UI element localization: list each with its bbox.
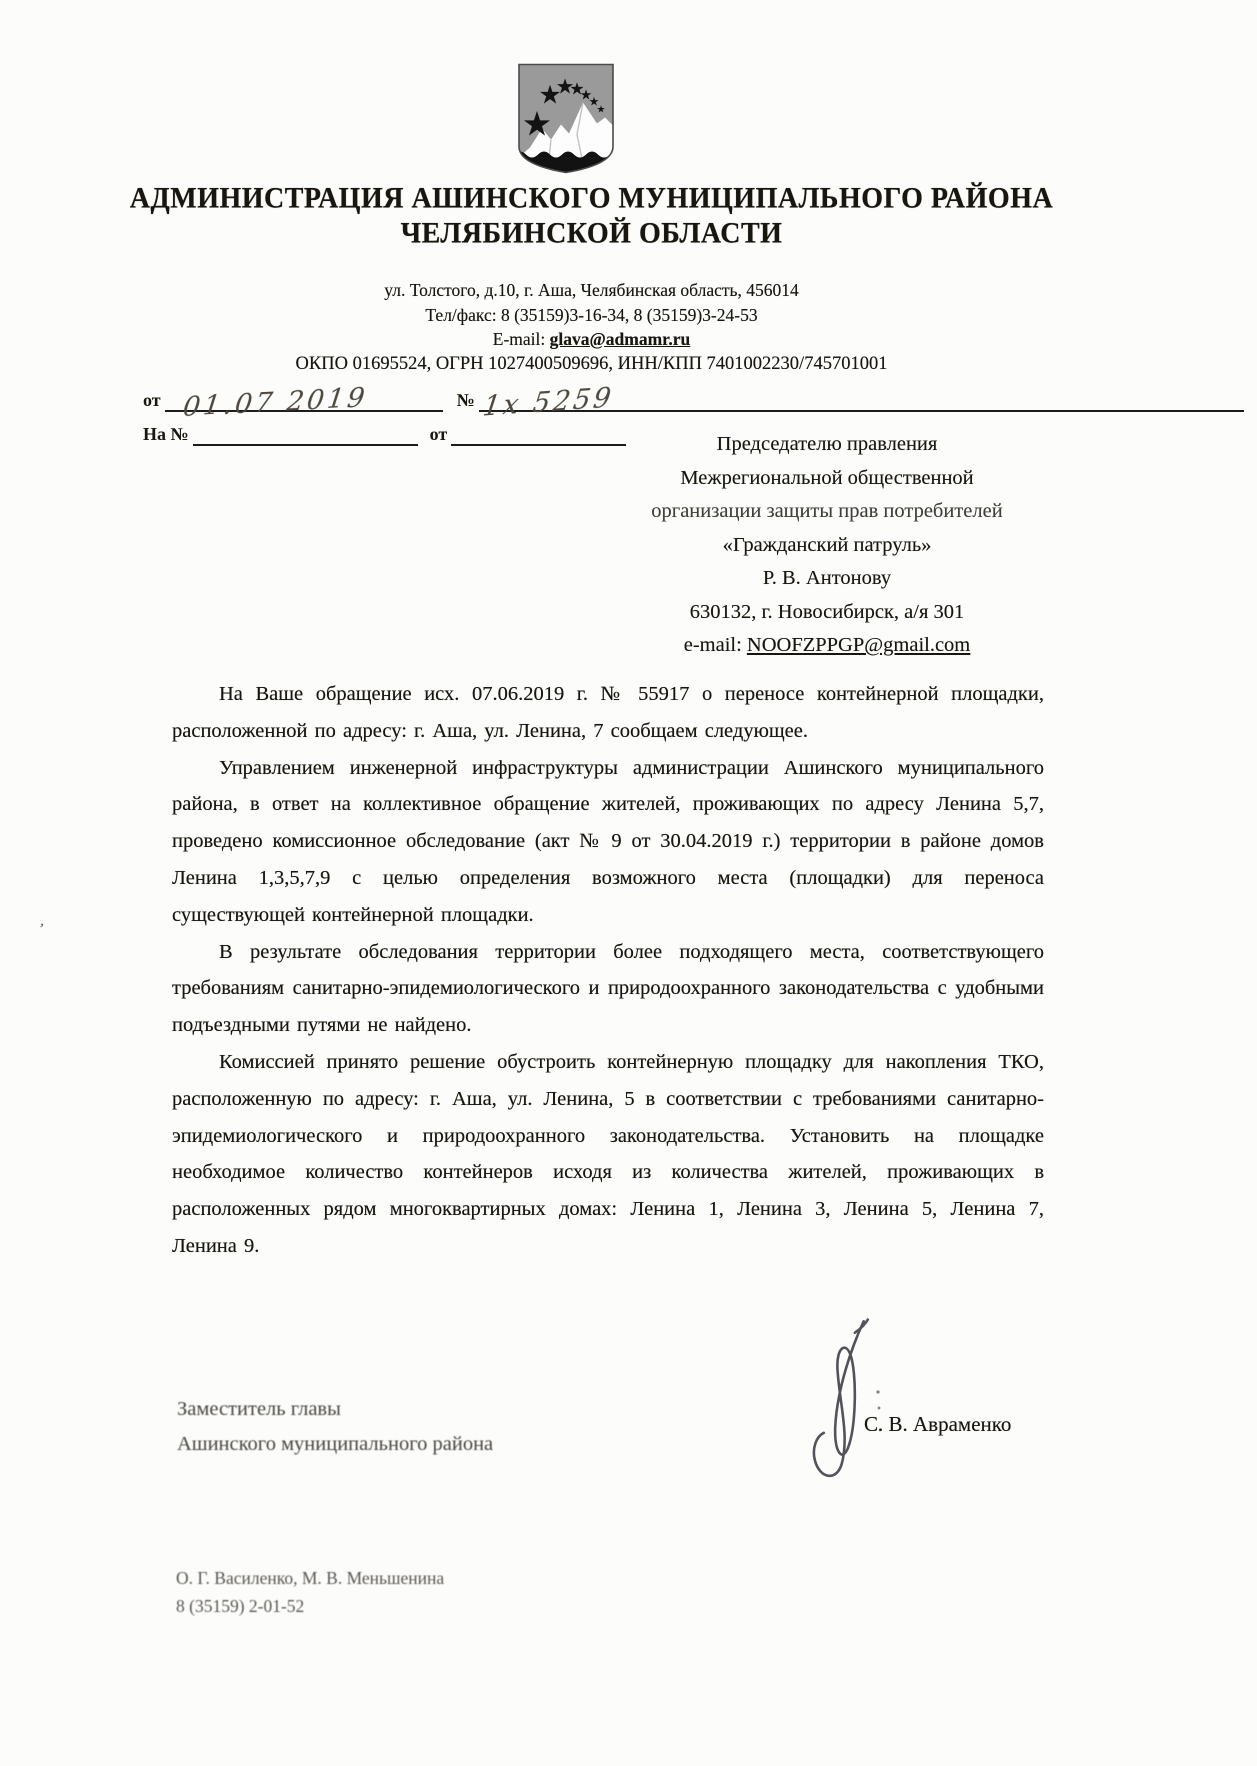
letterhead-contact-block: ул. Толстого, д.10, г. Аша, Челябинская … — [0, 278, 1183, 376]
signature-icon — [792, 1312, 892, 1492]
reference-rule-extension — [639, 381, 1244, 412]
addressee-email: NOOFZPPGP@gmail.com — [747, 634, 970, 656]
from-label: от — [143, 390, 165, 412]
signer-position-line2: Ашинского муниципального района — [177, 1427, 493, 1462]
incoming-date-field — [451, 415, 626, 446]
coat-of-arms: ★ ★ ★ ★ ★ ★ ★ — [516, 62, 616, 175]
addressee-block: Председателю правления Межрегиональной о… — [609, 428, 1045, 663]
addressee-email-label: e-mail: — [684, 634, 747, 656]
letterhead-address: ул. Толстого, д.10, г. Аша, Челябинская … — [0, 278, 1183, 303]
svg-text:★: ★ — [597, 105, 606, 116]
body-paragraph-4: Комиссией принято решение обустроить кон… — [172, 1044, 1044, 1265]
letterhead-email-line: E-mail: glava@admamr.ru — [0, 327, 1183, 352]
scan-artifact-speck: ’ — [36, 921, 46, 940]
signer-name: С. В. Авраменко — [864, 1412, 1054, 1437]
body-paragraph-1: На Ваше обращение исх. 07.06.2019 г. № 5… — [172, 676, 1044, 750]
incoming-number-field — [193, 415, 418, 446]
letterhead-phone: Тел/факс: 8 (35159)3-16-34, 8 (35159)3-2… — [0, 303, 1183, 328]
outgoing-date-field: 01.07 2019 — [165, 381, 443, 412]
letterhead-registration: ОКПО 01695524, ОГРН 1027400509696, ИНН/К… — [0, 352, 1183, 377]
executor-block: О. Г. Василенко, М. В. Меньшенина 8 (351… — [176, 1564, 444, 1620]
addressee-line: Председателю правления — [609, 428, 1045, 462]
na-label: На № — [143, 424, 193, 446]
addressee-line: Межрегиональной общественной — [609, 462, 1045, 496]
org-name-line1: АДМИНИСТРАЦИЯ АШИНСКОГО МУНИЦИПАЛЬНОГО Р… — [0, 182, 1183, 216]
signer-position-block: Заместитель главы Ашинского муниципально… — [177, 1392, 493, 1462]
executor-phone: 8 (35159) 2-01-52 — [176, 1592, 444, 1620]
addressee-email-line: e-mail: NOOFZPPGP@gmail.com — [609, 629, 1045, 663]
na-ot-label: от — [418, 424, 452, 446]
email-label: E-mail: — [493, 329, 550, 349]
body-paragraph-3: В результате обследования территории бол… — [172, 934, 1044, 1044]
addressee-line: организации защиты прав потребителей — [609, 495, 1045, 529]
body-paragraph-2: Управлением инженерной инфраструктуры ад… — [172, 750, 1044, 934]
letterhead-email: glava@admamr.ru — [550, 329, 691, 349]
addressee-line: Р. В. Антонову — [609, 562, 1045, 596]
coat-of-arms-icon: ★ ★ ★ ★ ★ ★ ★ — [516, 62, 616, 175]
addressee-line: 630132, г. Новосибирск, а/я 301 — [609, 596, 1045, 630]
addressee-line: «Гражданский патруль» — [609, 529, 1045, 563]
signer-position-line1: Заместитель главы — [177, 1392, 493, 1427]
org-name-line2: ЧЕЛЯБИНСКОЙ ОБЛАСТИ — [0, 217, 1183, 251]
outgoing-number-field: 1х 5259 — [479, 381, 639, 412]
handwritten-signature — [792, 1312, 892, 1492]
scanned-letter-page: ★ ★ ★ ★ ★ ★ ★ АДМИНИСТРАЦИЯ АШИНСКОГО МУ… — [0, 0, 1257, 1766]
number-label: № — [443, 390, 479, 412]
svg-text:★: ★ — [522, 105, 552, 145]
executor-names: О. Г. Василенко, М. В. Меньшенина — [176, 1564, 444, 1592]
letter-body: На Ваше обращение исх. 07.06.2019 г. № 5… — [172, 676, 1044, 1265]
reference-row-incoming: На № от — [143, 417, 648, 446]
reference-row-outgoing: от 01.07 2019 № 1х 5259 — [143, 383, 1244, 412]
